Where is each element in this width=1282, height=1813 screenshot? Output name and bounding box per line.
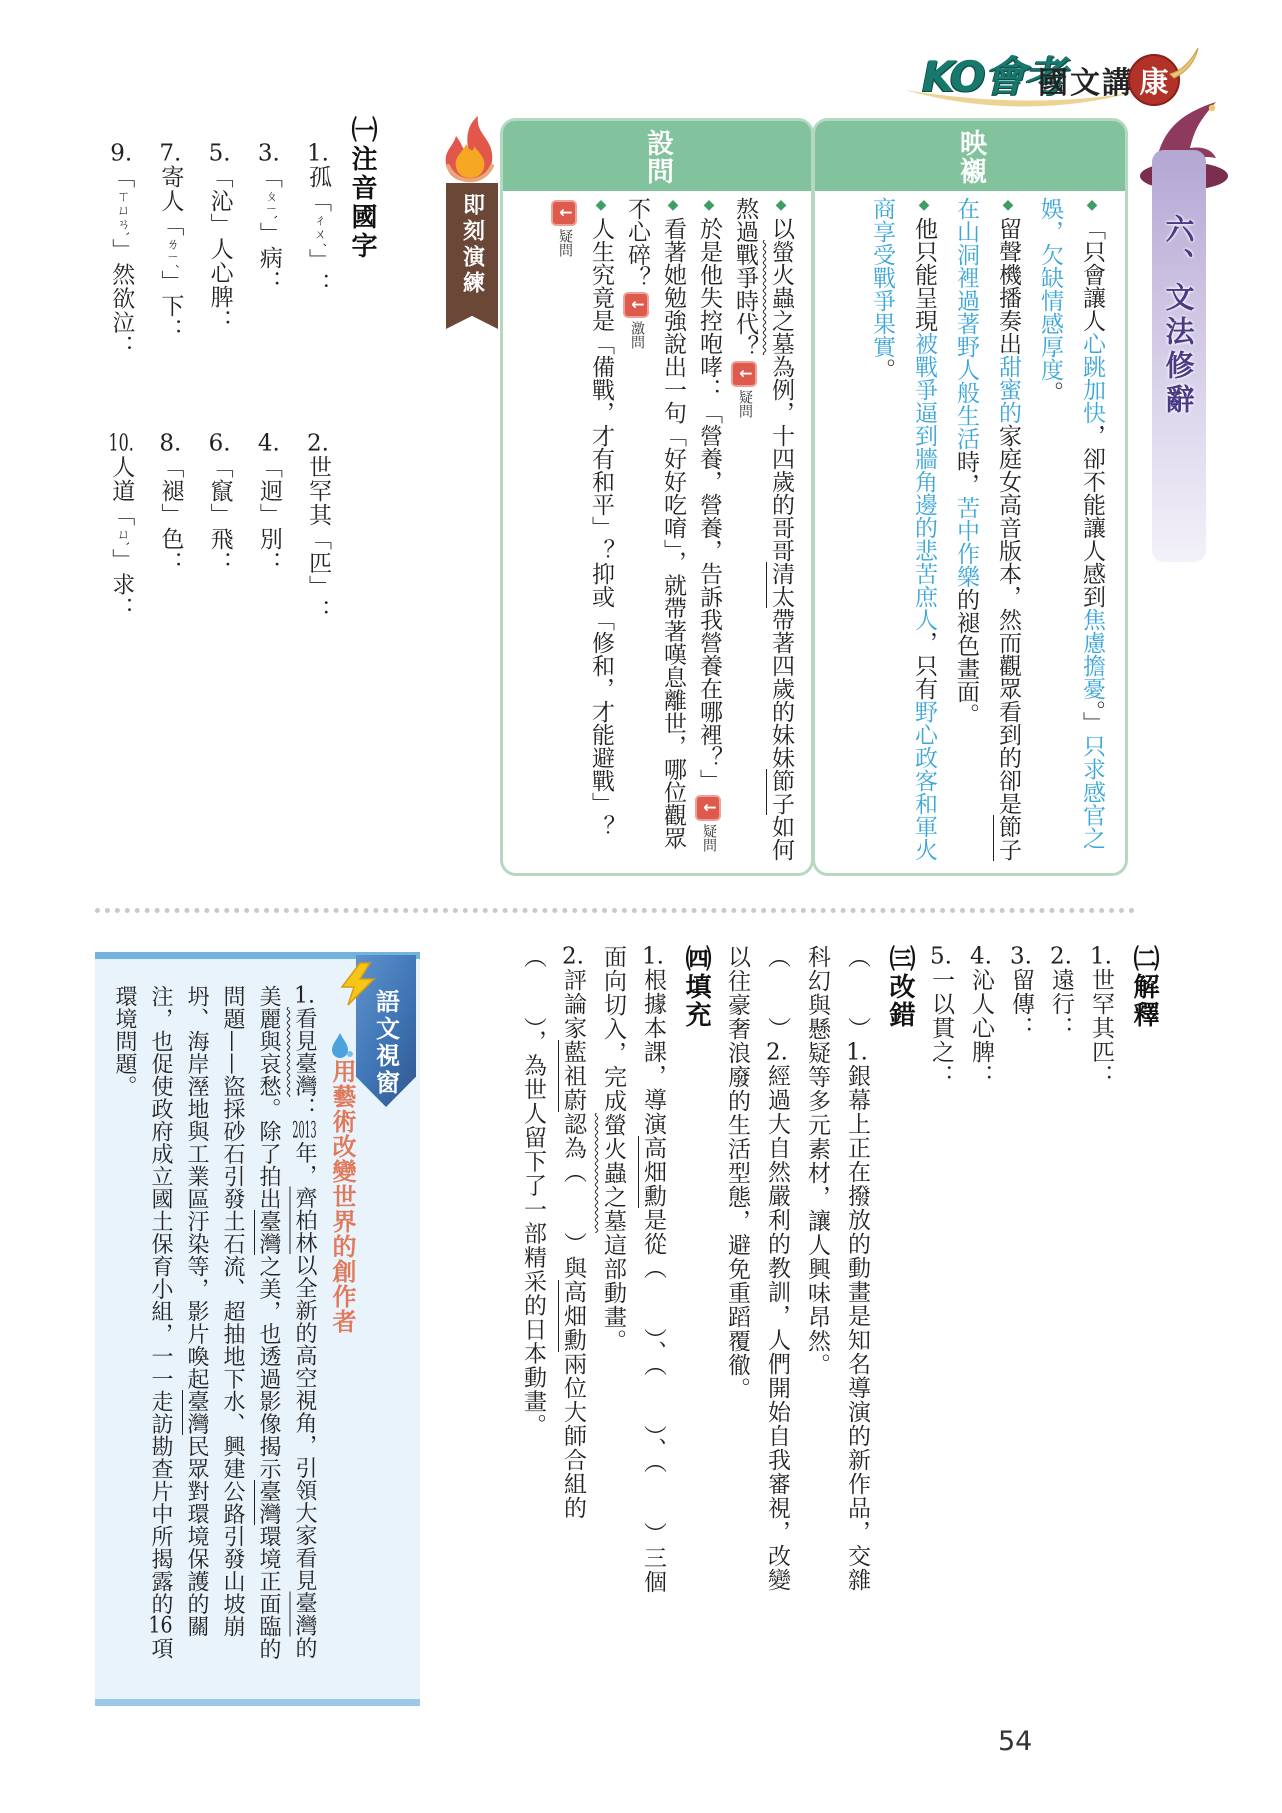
rhetoric-contrast-list: ◆「只會讓人心跳加快，卻不能讓人感到焦慮擔憂。」只求感官之娛，欠缺情感厚度。◆留… <box>825 197 1113 861</box>
explain-item: 5.一以貫之： <box>921 945 961 1600</box>
annotation-tag: ↓疑問 <box>732 358 758 418</box>
fill-in-item: 1.根據本課，導演高畑勳是從（ ）、（ ）、（ ）三個面向切入，完成螢火蟲之墓這… <box>593 945 673 1600</box>
practice-ribbon-label: 即刻演練 <box>457 183 488 329</box>
down-arrow-icon: ↓ <box>551 200 577 226</box>
rhetoric-example: ◆人生究竟是「備戰，才有和平」？抑或「修和，才能避戰」？↓疑問 <box>547 197 619 861</box>
fill-in-section-title: ㈣填充 <box>675 945 717 1600</box>
header-logo: KO會考 國文講義 康 <box>770 42 1190 117</box>
chapter-tab-label: 六、文法修辭 <box>1159 214 1200 554</box>
down-arrow-icon: ↓ <box>695 795 721 821</box>
zhuyin-section-title: ㈠注音國字 <box>344 116 381 261</box>
diamond-bullet-icon: ◆ <box>665 197 681 217</box>
zhuyin-item: 9.「ㄒㄩㄢˋ」然欲泣： <box>96 142 145 432</box>
annotation-tag: ↓激問 <box>624 289 650 349</box>
practice-ribbon: 即刻演練 <box>446 183 498 329</box>
rhetoric-box-question: 設問 ◆以螢火蟲之墓為例，十四歲的哥哥清太帶著四歲的妹妹節子如何熬過戰爭時代？↓… <box>500 118 814 876</box>
language-window-paragraph: 1.看見臺灣：2013年，齊柏林以全新的高空視角，引領大家看見臺灣的美麗與哀愁。… <box>106 985 322 1675</box>
zhuyin-item: 5.「沁」人心脾： <box>194 142 243 432</box>
zhuyin-item: 3.「ㄆㄧˋ」病： <box>244 142 293 432</box>
explain-section-title: ㈡解釋 <box>1123 945 1165 1600</box>
correction-section-title: ㈢改錯 <box>879 945 921 1600</box>
explain-item: 2.遠行： <box>1041 945 1081 1600</box>
annotation-tag: ↓疑問 <box>552 197 578 257</box>
down-arrow-icon: ↓ <box>623 292 649 318</box>
down-arrow-icon: ↓ <box>731 361 757 387</box>
diamond-bullet-icon: ◆ <box>593 197 609 217</box>
rhetoric-box-contrast-header: 映襯 <box>815 121 1125 191</box>
page-number: 54 <box>998 1726 1032 1757</box>
fill-in-item: 2.評論家藍祖蔚認為（ ）與高畑勳兩位大師合組的（ ），為世人留下了一部精采的日… <box>513 945 593 1600</box>
explain-item: 3.留傳： <box>1001 945 1041 1600</box>
rhetoric-box-contrast-title: 映襯 <box>935 121 1005 191</box>
chapter-tab: 六、文法修辭 <box>1152 150 1206 562</box>
rhetoric-example: ◆「只會讓人心跳加快，卻不能讓人感到焦慮擔憂。」只求感官之娛，欠缺情感厚度。 <box>1029 197 1113 861</box>
diamond-bullet-icon: ◆ <box>1000 197 1016 217</box>
rhetoric-question-list: ◆以螢火蟲之墓為例，十四歲的哥哥清太帶著四歲的妹妹節子如何熬過戰爭時代？↓疑問◆… <box>513 197 799 861</box>
water-drop-icon <box>340 1031 362 1059</box>
zhuyin-item: 1.孤「ㄔㄨˊ」： <box>293 142 342 432</box>
rhetoric-box-contrast: 映襯 ◆「只會讓人心跳加快，卻不能讓人感到焦慮擔憂。」只求感官之娛，欠缺情感厚度… <box>812 118 1128 876</box>
rhetoric-example: ◆於是他失控咆哮：「營養，營養，告訴我營養在哪裡？」↓疑問 <box>691 197 727 861</box>
zhuyin-item: 7.寄人「ㄌㄧˊ」下： <box>145 142 194 432</box>
annotation-tag-label: 疑問 <box>701 824 717 852</box>
rhetoric-box-question-header: 設問 <box>503 121 811 191</box>
language-window-box: 語文視窗 用藝術改變世界的創作者 1.看見臺灣：2013年，齊柏林以全新的高空視… <box>95 952 420 1706</box>
rhetoric-example: ◆留聲機播奏出甜蜜的家庭女高音版本，然而觀眾看到的卻是節子在山洞裡過著野人般生活… <box>945 197 1029 861</box>
zhuyin-item: 10.人道「ㄩˋ」求： <box>96 432 145 722</box>
zhuyin-item: 2.世罕其「匹」： <box>293 432 342 722</box>
rhetoric-example: ◆以螢火蟲之墓為例，十四歲的哥哥清太帶著四歲的妹妹節子如何熬過戰爭時代？↓疑問 <box>727 197 799 861</box>
annotation-tag-label: 疑問 <box>557 229 573 257</box>
rhetoric-example: ◆看著她勉強說出一句「好好吃唷」，就帶著嘆息離世，哪位觀眾不心碎？↓激問 <box>619 197 691 861</box>
language-window-content: 用藝術改變世界的創作者 1.看見臺灣：2013年，齊柏林以全新的高空視角，引領大… <box>105 985 362 1675</box>
correction-item: （ ）1.銀幕上正在撥放的動畫是知名導演的新作品，交雜科幻與懸疑等多元素材，讓人… <box>797 945 877 1600</box>
annotation-tag-label: 激問 <box>629 321 645 349</box>
wing-icon <box>1168 44 1204 84</box>
textbook-page: KO會考 國文講義 康 六、文法修辭 設問 ◆以螢火蟲之墓為例，十四歲的哥哥清太… <box>0 0 1282 1813</box>
bottom-exercise-area: ㈡解釋 1.世罕其匹：2.遠行：3.留傳：4.沁人心脾：5.一以貫之： ㈢改錯 … <box>435 945 1165 1600</box>
rhetoric-example: ◆他只能呈現被戰爭逼到牆角邊的悲苦庶人，只有野心政客和軍火商享受戰爭果實。 <box>861 197 945 861</box>
zhuyin-item: 6.「竄」飛： <box>194 432 243 722</box>
diamond-bullet-icon: ◆ <box>701 197 717 217</box>
flame-icon <box>438 112 502 186</box>
explain-item: 1.世罕其匹： <box>1081 945 1121 1600</box>
annotation-tag: ↓疑問 <box>696 792 722 852</box>
zhuyin-item: 4.「迥」別： <box>244 432 293 722</box>
section-divider <box>95 908 1135 913</box>
explain-item: 4.沁人心脾： <box>961 945 1001 1600</box>
correction-item: （ ）2.經過大自然嚴利的教訓，人們開始自我審視，改變以往豪奢浪廢的生活型態，避… <box>717 945 797 1600</box>
diamond-bullet-icon: ◆ <box>773 197 789 217</box>
annotation-tag-label: 疑問 <box>737 390 753 418</box>
zhuyin-item: 8.「褪」色： <box>145 432 194 722</box>
language-window-title: 用藝術改變世界的創作者 <box>322 985 362 1675</box>
zhuyin-item-grid: 1.孤「ㄔㄨˊ」：2.世罕其「匹」：3.「ㄆㄧˋ」病：4.「迥」別：5.「沁」人… <box>96 142 342 722</box>
rhetoric-box-question-title: 設問 <box>622 121 692 191</box>
diamond-bullet-icon: ◆ <box>1084 197 1100 217</box>
diamond-bullet-icon: ◆ <box>916 197 932 217</box>
